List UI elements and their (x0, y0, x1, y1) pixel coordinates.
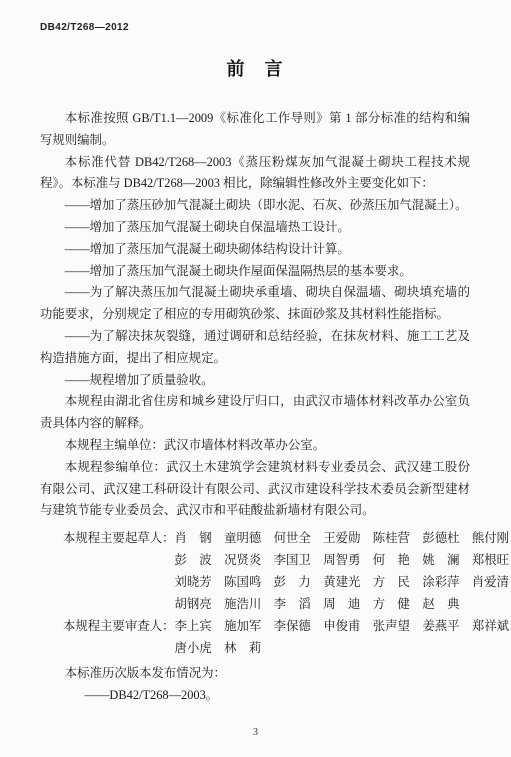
reviewers-label: 本规程主要审查人： (40, 616, 175, 638)
document-page: DB42/T268—2012 前 言 本标准按照 GB/T1.1—2009《标准… (0, 0, 511, 757)
reviewers-block: 本规程主要审查人： 李上宾 施加军 李保德 申俊甫 张声望 姜燕平 郑祥斌 唐小… (40, 616, 470, 660)
history-item: ——DB42/T268—2003。 (40, 685, 470, 707)
drafters-names: 肖 钢 童明德 何世全 王爱勋 陈桂营 彭德杜 熊付刚 彭 波 况贤炎 李国卫 … (175, 528, 510, 615)
reviewers-row: 唐小虎 林 莉 (175, 638, 510, 660)
foreword-change-item: ——为了解决蒸压加气混凝土砌块承重墙、砌块自保温墙、砌块填充墙的功能要求，分别规… (40, 282, 470, 326)
drafters-row: 彭 波 况贤炎 李国卫 周智勇 何 艳 姚 澜 郑根旺 (175, 550, 510, 572)
drafters-row: 刘晓芳 陈国鸣 彭 力 黄建光 方 民 涂彩萍 肖爱清 (175, 572, 510, 594)
foreword-change-item: ——增加了蒸压加气混凝土砌块砌体结构设计计算。 (40, 239, 470, 261)
history-heading: 本标准历次版本发布情况为： (40, 663, 470, 685)
reviewers-names: 李上宾 施加军 李保德 申俊甫 张声望 姜燕平 郑祥斌 唐小虎 林 莉 (175, 616, 510, 660)
foreword-change-item: ——为了解决抹灰裂缝，通过调研和总结经验，在抹灰材料、施工工艺及构造措施方面，提… (40, 326, 470, 370)
foreword-change-item: ——增加了蒸压加气混凝土砌块作屋面保温隔热层的基本要求。 (40, 261, 470, 283)
foreword-paragraph: 本规程参编单位：武汉土木建筑学会建筑材料专业委员会、武汉建工股份有限公司、武汉建… (40, 457, 470, 522)
drafters-block: 本规程主要起草人： 肖 钢 童明德 何世全 王爱勋 陈桂营 彭德杜 熊付刚 彭 … (40, 528, 470, 615)
foreword-change-item: ——增加了蒸压砂加气混凝土砌块（即水泥、石灰、砂蒸压加气混凝土）。 (40, 195, 470, 217)
drafters-row: 胡钢亮 施浩川 李 滔 周 迪 方 健 赵 典 (175, 594, 510, 616)
foreword-change-item: ——增加了蒸压加气混凝土砌块自保温墙热工设计。 (40, 217, 470, 239)
page-number: 3 (0, 727, 511, 738)
foreword-paragraph: 本规程由湖北省住房和城乡建设厅归口，由武汉市墙体材料改革办公室负责具体内容的解释… (40, 391, 470, 435)
page-title: 前 言 (40, 55, 470, 81)
foreword-paragraph: 本标准按照 GB/T1.1—2009《标准化工作导则》第 1 部分标准的结构和编… (40, 108, 470, 152)
foreword-body: 本标准按照 GB/T1.1—2009《标准化工作导则》第 1 部分标准的结构和编… (40, 108, 470, 707)
reviewers-row: 李上宾 施加军 李保德 申俊甫 张声望 姜燕平 郑祥斌 (175, 616, 510, 638)
drafters-row: 肖 钢 童明德 何世全 王爱勋 陈桂营 彭德杜 熊付刚 (175, 528, 510, 550)
doc-number: DB42/T268—2012 (40, 22, 470, 33)
foreword-paragraph: 本标准代替 DB42/T268—2003《蒸压粉煤灰加气混凝土砌块工程技术规程》… (40, 152, 470, 196)
foreword-paragraph: 本规程主编单位：武汉市墙体材料改革办公室。 (40, 435, 470, 457)
foreword-change-item: ——规程增加了质量验收。 (40, 370, 470, 392)
drafters-label: 本规程主要起草人： (40, 528, 175, 550)
